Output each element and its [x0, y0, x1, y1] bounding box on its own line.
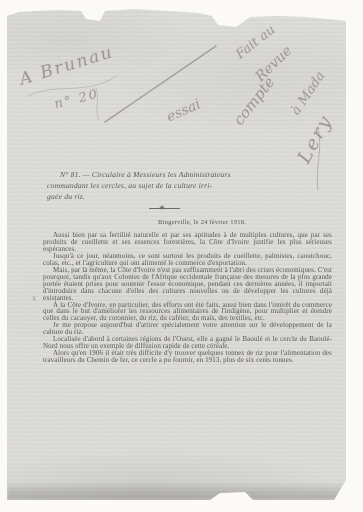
handwritten-margin-mark: x — [31, 294, 37, 304]
circular-heading: N° 81. — Circulaire à Messieurs les Admi… — [47, 169, 299, 202]
paragraph: Jusqu'à ce jour, néanmoins, ce sont surt… — [43, 253, 332, 267]
scanned-document-page: N° 81. — Circulaire à Messieurs les Admi… — [0, 0, 363, 512]
paper-bottom-edge-shadow — [7, 482, 346, 500]
circular-title-line2: commandant les cercles, au sujet de la c… — [47, 180, 299, 191]
paragraph: Je me propose aujourd'hui d'attirer spéc… — [43, 322, 332, 336]
section-separator-ornament — [160, 206, 164, 209]
circular-number-title: N° 81. — Circulaire à Messieurs les Admi… — [47, 169, 299, 180]
paragraph: À la Côte d'Ivoire, en particulier, des … — [43, 302, 332, 323]
section-separator — [149, 208, 180, 209]
circular-title-line3: guée du riz. — [47, 191, 299, 202]
body-text: Aussi bien par sa fertilité naturelle et… — [43, 232, 332, 364]
dateline: Bingerville, le 24 février 1918. — [158, 219, 246, 226]
paragraph: Localisée d'abord à certaines régions de… — [43, 336, 332, 350]
paragraph: Alors qu'en 1906 il était très difficile… — [43, 350, 332, 364]
paragraph: Aussi bien par sa fertilité naturelle et… — [43, 232, 332, 253]
paragraph: Mais, par là même, la Côte d'Ivoire n'es… — [43, 267, 332, 302]
